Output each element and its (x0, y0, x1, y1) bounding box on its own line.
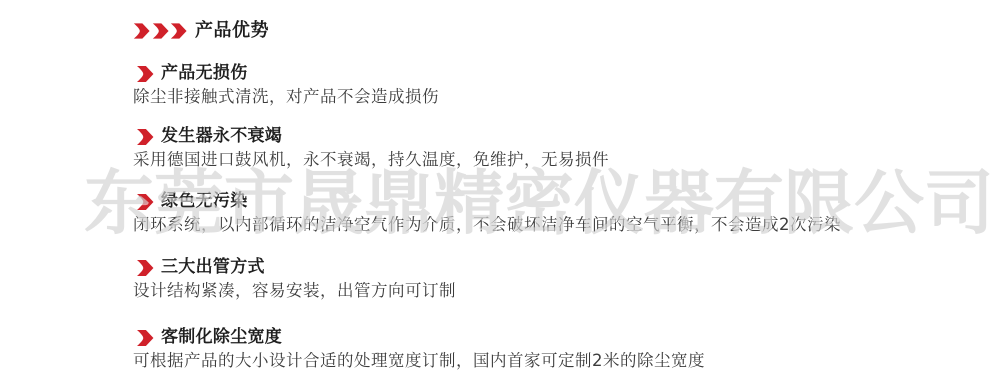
advantage-title-row: 发生器永不衰竭 (133, 127, 953, 145)
chevron-arrow-icon (136, 330, 154, 346)
advantage-item: 产品无损伤 除尘非接触式清洗，对产品不会造成损伤 (133, 64, 953, 106)
advantage-title: 绿色无污染 (161, 192, 248, 210)
triple-chevron-icon (133, 23, 187, 39)
chevron-arrow-icon (170, 23, 187, 39)
chevron-arrow-icon (133, 23, 150, 39)
chevron-arrow-icon (136, 66, 154, 82)
advantage-description: 除尘非接触式清洗，对产品不会造成损伤 (133, 88, 953, 106)
advantage-description: 闭环系统，以内部循环的洁净空气作为介质，不会破坏洁净车间的空气平衡，不会造成2次… (133, 216, 953, 234)
page-header: 产品优势 (133, 21, 269, 41)
advantage-item: 发生器永不衰竭 采用德国进口鼓风机，永不衰竭，持久温度，免维护，无易损件 (133, 127, 953, 169)
advantage-description: 设计结构紧凑，容易安装，出管方向可订制 (133, 282, 953, 300)
product-advantages-page: 产品优势 产品无损伤 除尘非接触式清洗，对产品不会造成损伤 发生器永不衰竭 采用… (0, 0, 1000, 388)
chevron-arrow-icon (152, 23, 169, 39)
advantage-title-row: 产品无损伤 (133, 64, 953, 82)
chevron-arrow-icon (136, 260, 154, 276)
chevron-arrow-icon (136, 129, 154, 145)
advantage-item: 客制化除尘宽度 可根据产品的大小设计合适的处理宽度订制，国内首家可定制2米的除尘… (133, 328, 953, 370)
advantage-title: 客制化除尘宽度 (161, 328, 282, 346)
advantage-title: 产品无损伤 (161, 64, 248, 82)
advantage-item: 三大出管方式 设计结构紧凑，容易安装，出管方向可订制 (133, 258, 953, 300)
advantage-title: 三大出管方式 (161, 258, 265, 276)
chevron-arrow-icon (136, 194, 154, 210)
page-title: 产品优势 (195, 21, 269, 41)
advantage-title: 发生器永不衰竭 (161, 127, 282, 145)
advantage-item: 绿色无污染 闭环系统，以内部循环的洁净空气作为介质，不会破坏洁净车间的空气平衡，… (133, 192, 953, 234)
advantage-title-row: 绿色无污染 (133, 192, 953, 210)
advantage-title-row: 客制化除尘宽度 (133, 328, 953, 346)
advantage-description: 采用德国进口鼓风机，永不衰竭，持久温度，免维护，无易损件 (133, 151, 953, 169)
advantage-title-row: 三大出管方式 (133, 258, 953, 276)
advantage-description: 可根据产品的大小设计合适的处理宽度订制，国内首家可定制2米的除尘宽度 (133, 352, 953, 370)
